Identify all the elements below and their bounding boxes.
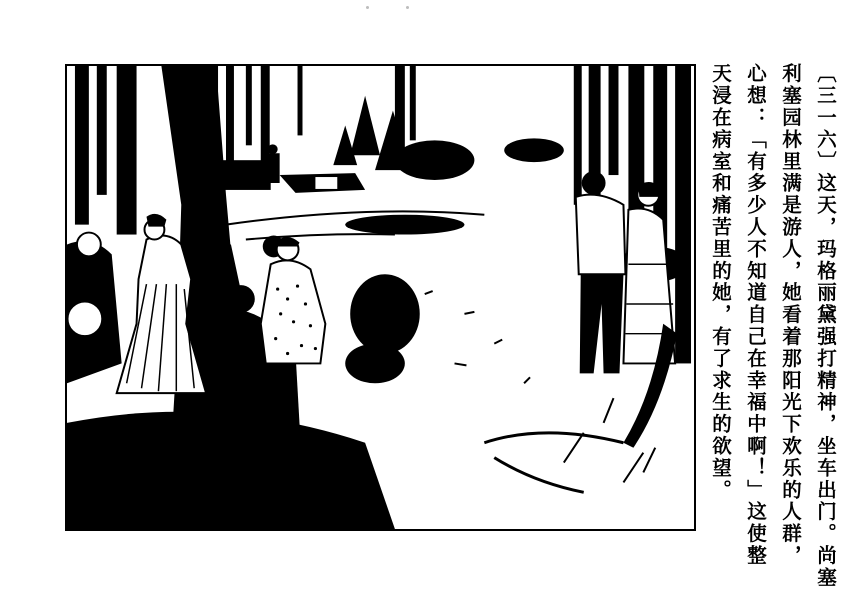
caption-column-2: 利塞园林里满是游人，她看着那阳光下欢乐的人群， xyxy=(775,63,806,543)
caption-column-4: 天浸在病室和痛苦里的她，有了求生的欲望。 xyxy=(705,63,736,543)
scan-dot xyxy=(366,6,369,9)
scan-marks xyxy=(360,6,420,12)
scan-dot xyxy=(406,6,409,9)
caption-text-block: 〔三一六〕这天，玛格丽黛强打精神，坐车出门。尚塞 利塞园林里满是游人，她看着那阳… xyxy=(705,63,841,543)
park-scene-illustration xyxy=(67,66,694,529)
caption-column-1: 〔三一六〕这天，玛格丽黛强打精神，坐车出门。尚塞 xyxy=(810,63,841,543)
illustration-panel xyxy=(65,64,696,531)
caption-column-3: 心想：「有多少人不知道自己在幸福中啊！」这使整 xyxy=(740,63,771,543)
